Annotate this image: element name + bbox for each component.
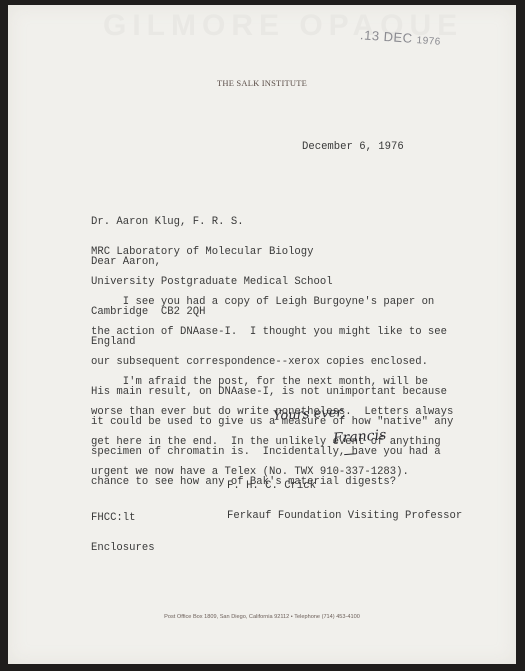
letter-date: December 6, 1976	[302, 142, 404, 152]
letterhead: THE SALK INSTITUTE	[8, 78, 516, 88]
body-line: I'm afraid the post, for the next month,…	[91, 377, 453, 387]
typist-initials: FHCC:lt	[91, 513, 155, 523]
signer-name: F. H. C. Crick	[227, 481, 462, 491]
letterhead-footer: Post Office Box 1809, San Diego, Califor…	[8, 614, 516, 620]
body-line: get here in the end. In the unlikely eve…	[91, 437, 453, 447]
address-line: Dr. Aaron Klug, F. R. S.	[91, 217, 333, 227]
body-line: I see you had a copy of Leigh Burgoyne's…	[91, 297, 453, 307]
signer-title: Ferkauf Foundation Visiting Professor	[227, 511, 462, 521]
letter-page: GILMORE OPAQUE .13 DEC 1976 THE SALK INS…	[8, 5, 516, 664]
stamp-day-month: .13 DEC	[360, 27, 414, 46]
enclosures-note: Enclosures	[91, 543, 155, 553]
body-line: the action of DNAase-I. I thought you mi…	[91, 327, 453, 337]
stamp-year: 1976	[416, 35, 441, 48]
salutation: Dear Aaron,	[91, 257, 161, 267]
reference-initials: FHCC:lt Enclosures	[91, 493, 155, 573]
signature-block: F. H. C. Crick Ferkauf Foundation Visiti…	[227, 461, 462, 541]
